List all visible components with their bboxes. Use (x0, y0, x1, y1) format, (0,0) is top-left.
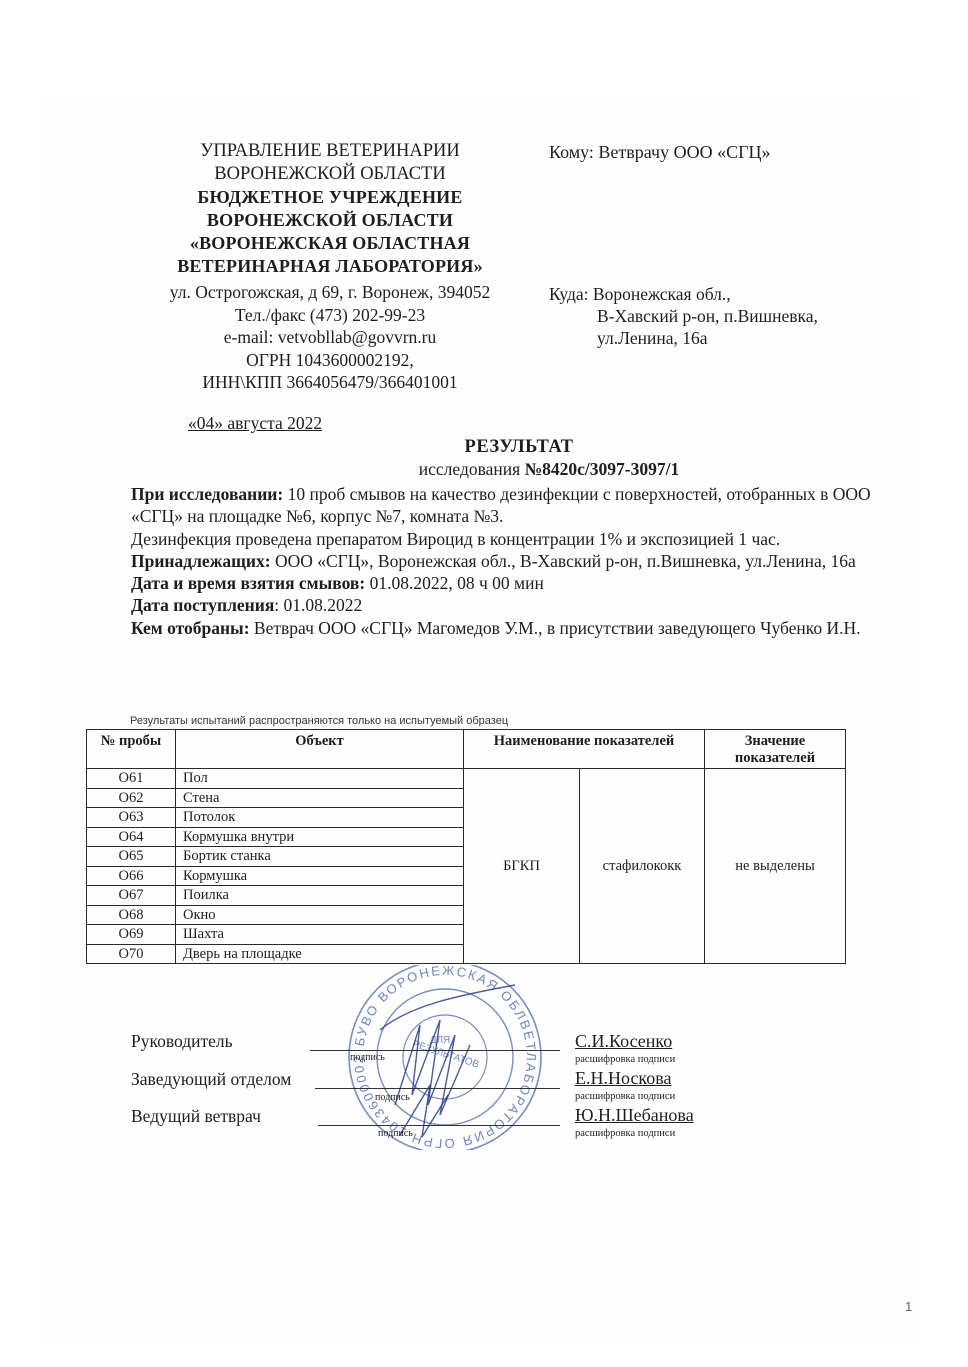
sample-number: О65 (87, 847, 176, 867)
table-note: Результаты испытаний распространяются то… (130, 715, 508, 727)
results-table: № пробы Объект Наименование показателей … (86, 729, 846, 964)
page-number: 1 (905, 1299, 912, 1314)
signature-decode-caption: расшифровка подписи (575, 1091, 675, 1102)
document-subtitle: исследования №8420с/3097-3097/1 (0, 459, 968, 480)
signature-role: Заведующий отделом (131, 1069, 291, 1090)
sample-object: Кормушка внутри (176, 827, 464, 847)
sample-object: Поилка (176, 886, 464, 906)
sample-number: О64 (87, 827, 176, 847)
org-line-bold: ВЕТЕРИНАРНАЯ ЛАБОРАТОРИЯ» (140, 255, 520, 278)
signature-caption: подпись (375, 1092, 410, 1103)
org-phone: Тел./факс (473) 202-99-23 (140, 304, 520, 327)
subtitle-prefix: исследования (419, 459, 525, 479)
header-indicator-name: Наименование показателей (464, 730, 705, 769)
document-date: «04» августа 2022 (188, 413, 322, 434)
study-details: При исследовании: 10 проб смывов на каче… (131, 483, 921, 639)
indicator-value: не выделены (705, 769, 846, 964)
sample-number: О62 (87, 788, 176, 808)
header-indicator-value: Значение показателей (705, 730, 846, 769)
signature-decode-caption: расшифровка подписи (575, 1128, 675, 1139)
org-ogrn: ОГРН 1043600002192, (140, 349, 520, 372)
sample-number: О61 (87, 769, 176, 789)
sample-object: Потолок (176, 808, 464, 828)
recipient-address-line: ул.Ленина, 16а (549, 327, 818, 349)
signatory-name: Ю.Н.Шебанова (575, 1105, 694, 1126)
header-sample-no: № пробы (87, 730, 176, 769)
recipient-to: Кому: Ветврачу ООО «СГЦ» (549, 142, 771, 163)
document-title: РЕЗУЛЬТАТ (0, 437, 968, 458)
sample-object: Стена (176, 788, 464, 808)
study-label: При исследовании: (131, 484, 283, 504)
collected-label: Кем отобраны: (131, 618, 250, 638)
sample-object: Кормушка (176, 866, 464, 886)
org-line-bold: «ВОРОНЕЖСКАЯ ОБЛАСТНАЯ (140, 232, 520, 255)
indicator-1: БГКП (464, 769, 580, 964)
disinfection-paragraph: Дезинфекция проведена препаратом Вироцид… (131, 528, 921, 550)
org-line-bold: ВОРОНЕЖСКОЙ ОБЛАСТИ (140, 209, 520, 232)
sample-number: О68 (87, 905, 176, 925)
signatory-name: Е.Н.Носкова (575, 1068, 672, 1089)
sample-number: О63 (87, 808, 176, 828)
sampling-label: Дата и время взятия смывов: (131, 573, 365, 593)
signature-line (318, 1125, 560, 1126)
organization-header: УПРАВЛЕНИЕ ВЕТЕРИНАРИИ ВОРОНЕЖСКОЙ ОБЛАС… (140, 140, 520, 278)
org-line: ВОРОНЕЖСКОЙ ОБЛАСТИ (140, 163, 520, 186)
owner-text: ООО «СГЦ», Воронежская обл., В-Хавский р… (271, 551, 856, 571)
receipt-text: : 01.08.2022 (274, 595, 362, 615)
indicator-2: стафилококк (580, 769, 705, 964)
header-object: Объект (176, 730, 464, 769)
recipient-address-line: Куда: Воронежская обл., (549, 284, 731, 304)
signature-role: Руководитель (131, 1031, 233, 1052)
sample-number: О66 (87, 866, 176, 886)
study-number: №8420с/3097-3097/1 (525, 459, 680, 479)
signature-caption: подпись (378, 1128, 413, 1139)
sample-number: О70 (87, 944, 176, 964)
sample-object: Окно (176, 905, 464, 925)
org-email: e-mail: vetvobllab@govvrn.ru (140, 326, 520, 349)
sampling-paragraph: Дата и время взятия смывов: 01.08.2022, … (131, 572, 921, 594)
sample-number: О67 (87, 886, 176, 906)
recipient-address-line: В-Хавский р-он, п.Вишневка, (549, 305, 818, 327)
owner-label: Принадлежащих: (131, 551, 271, 571)
signature-caption: подпись (350, 1052, 385, 1063)
signature-line (315, 1088, 560, 1089)
org-line: УПРАВЛЕНИЕ ВЕТЕРИНАРИИ (140, 140, 520, 163)
owner-paragraph: Принадлежащих: ООО «СГЦ», Воронежская об… (131, 550, 921, 572)
org-address: ул. Острогожская, д 69, г. Воронеж, 3940… (140, 281, 520, 304)
collected-paragraph: Кем отобраны: Ветврач ООО «СГЦ» Магомедо… (131, 617, 921, 639)
receipt-label: Дата поступления (131, 595, 274, 615)
organization-contacts: ул. Острогожская, д 69, г. Воронеж, 3940… (140, 281, 520, 394)
sample-number: О69 (87, 925, 176, 945)
study-paragraph: При исследовании: 10 проб смывов на каче… (131, 483, 921, 528)
table-row: О61 Пол БГКП стафилококк не выделены (87, 769, 846, 789)
receipt-paragraph: Дата поступления: 01.08.2022 (131, 594, 921, 616)
sample-object: Шахта (176, 925, 464, 945)
collected-text: Ветврач ООО «СГЦ» Магомедов У.М., в прис… (250, 618, 861, 638)
signatory-name: С.И.Косенко (575, 1031, 672, 1052)
org-inn-kpp: ИНН\КПП 3664056479/366401001 (140, 371, 520, 394)
org-line-bold: БЮДЖЕТНОЕ УЧРЕЖДЕНИЕ (140, 186, 520, 209)
sampling-text: 01.08.2022, 08 ч 00 мин (365, 573, 544, 593)
signature-decode-caption: расшифровка подписи (575, 1054, 675, 1065)
sample-object: Бортик станка (176, 847, 464, 867)
signature-role: Ведущий ветврач (131, 1106, 261, 1127)
table-header-row: № пробы Объект Наименование показателей … (87, 730, 846, 769)
sample-object: Дверь на площадке (176, 944, 464, 964)
sample-object: Пол (176, 769, 464, 789)
signature-line (310, 1050, 560, 1051)
recipient-address: Куда: Воронежская обл., В-Хавский р-он, … (549, 283, 818, 349)
